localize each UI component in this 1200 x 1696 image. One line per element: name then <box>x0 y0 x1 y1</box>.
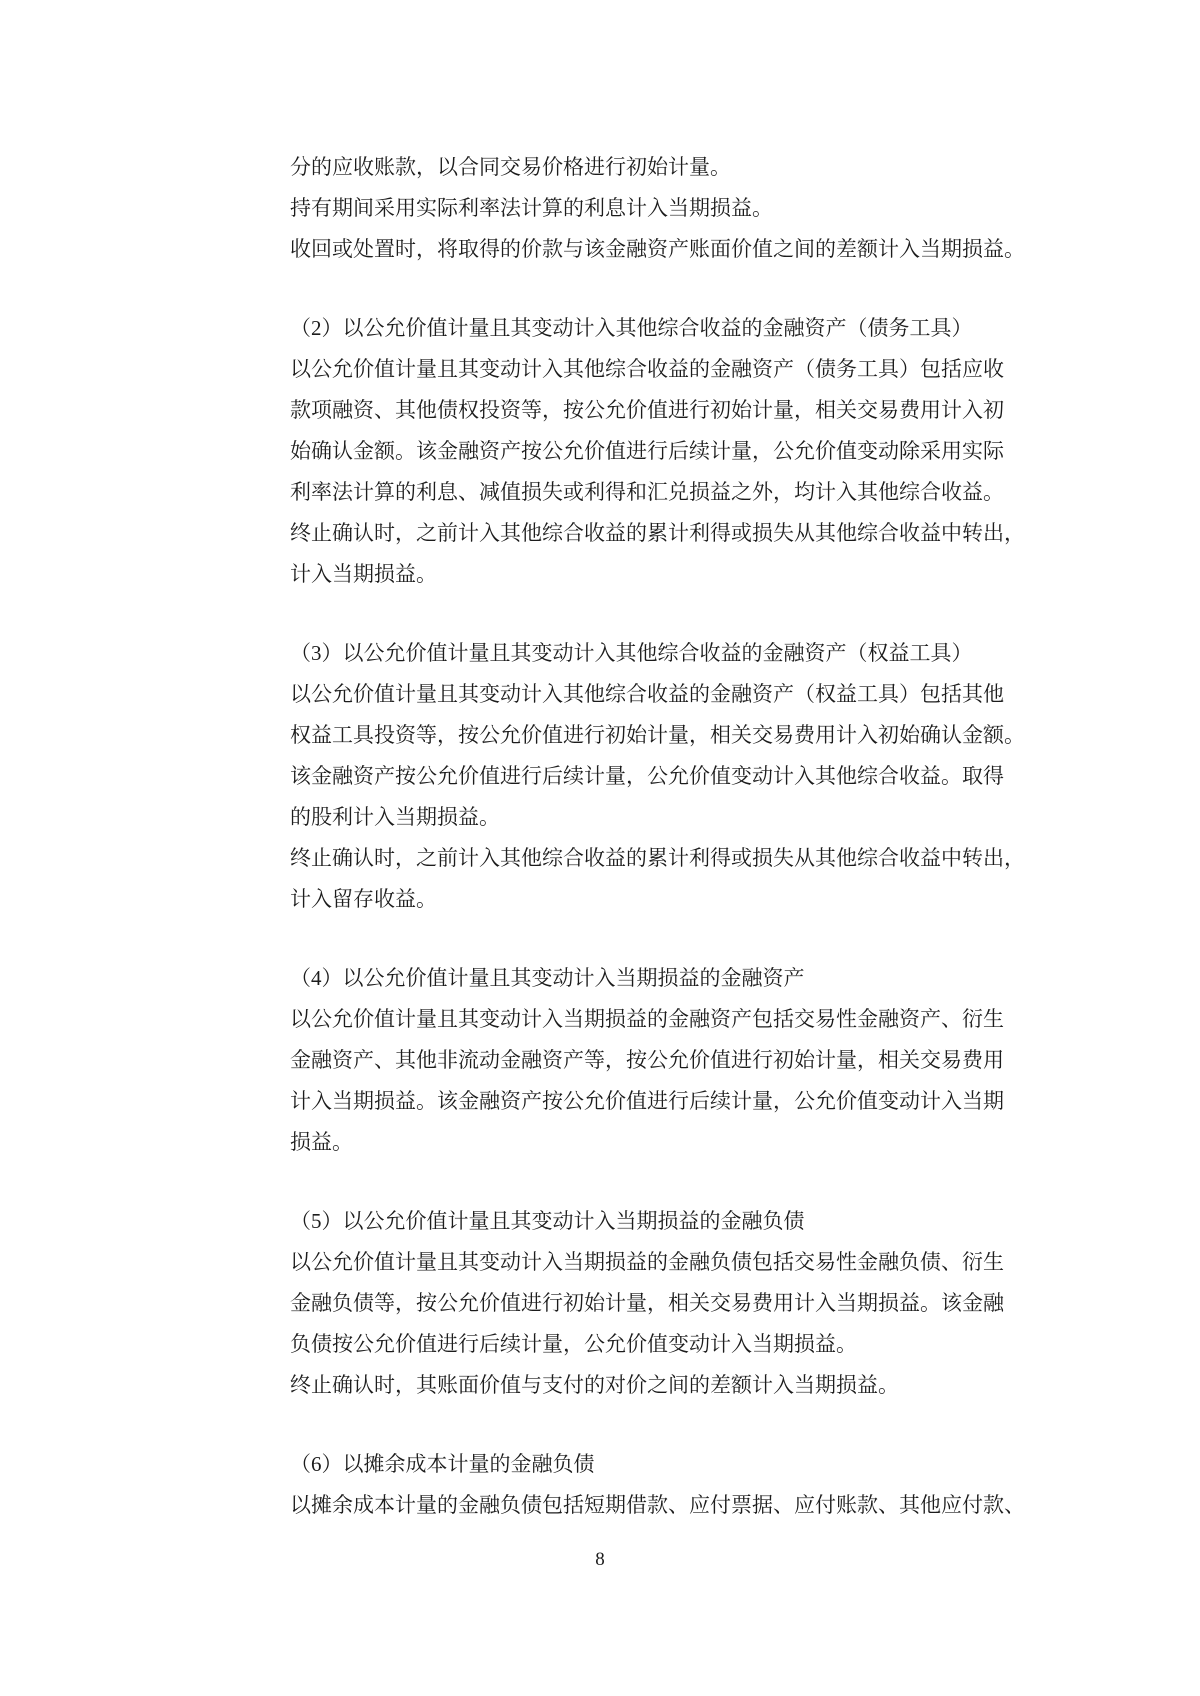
paragraph-receivables-continued: 分的应收账款，以合同交易价格进行初始计量。 持有期间采用实际利率法计算的利息计入… <box>290 147 1060 270</box>
section-heading-5-fvtpl-liabilities: （5）以公允价值计量且其变动计入当期损益的金融负债 <box>290 1201 1060 1242</box>
section-heading-4-fvtpl-assets: （4）以公允价值计量且其变动计入当期损益的金融资产 <box>290 958 1060 999</box>
paragraph-amortized-cost-liabilities: 以摊余成本计量的金融负债包括短期借款、应付票据、应付账款、其他应付款、 <box>290 1485 1060 1526</box>
section-heading-6-amortized-cost-liabilities: （6）以摊余成本计量的金融负债 <box>290 1444 1060 1485</box>
section-heading-3-fvoci-equity: （3）以公允价值计量且其变动计入其他综合收益的金融资产（权益工具） <box>290 633 1060 674</box>
page-number: 8 <box>595 1549 605 1570</box>
paragraph-fvoci-equity: 以公允价值计量且其变动计入其他综合收益的金融资产（权益工具）包括其他 权益工具投… <box>290 674 1060 920</box>
paragraph-fvtpl-liabilities: 以公允价值计量且其变动计入当期损益的金融负债包括交易性金融负债、衍生 金融负债等… <box>290 1242 1060 1406</box>
section-heading-2-fvoci-debt: （2）以公允价值计量且其变动计入其他综合收益的金融资产（债务工具） <box>290 308 1060 349</box>
page-content: 分的应收账款，以合同交易价格进行初始计量。 持有期间采用实际利率法计算的利息计入… <box>290 147 1060 1526</box>
paragraph-fvtpl-assets: 以公允价值计量且其变动计入当期损益的金融资产包括交易性金融资产、衍生 金融资产、… <box>290 999 1060 1163</box>
document-page: 分的应收账款，以合同交易价格进行初始计量。 持有期间采用实际利率法计算的利息计入… <box>0 0 1200 1696</box>
page-footer: 8 <box>0 1545 1200 1575</box>
paragraph-fvoci-debt: 以公允价值计量且其变动计入其他综合收益的金融资产（债务工具）包括应收 款项融资、… <box>290 349 1060 595</box>
